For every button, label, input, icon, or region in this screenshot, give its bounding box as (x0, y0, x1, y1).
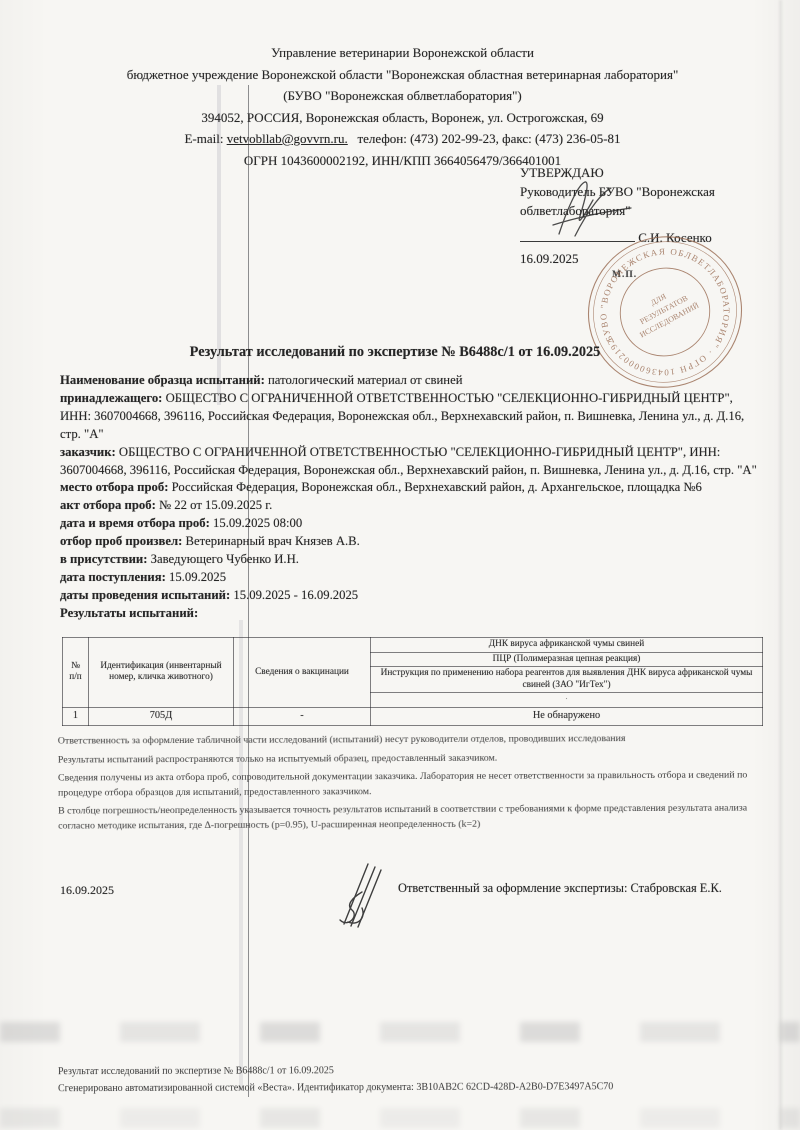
detail-line: принадлежащего: ОБЩЕСТВО С ОГРАНИЧЕННОЙ … (60, 390, 766, 444)
detail-value: 15.09.2025 - 16.09.2025 (230, 588, 358, 602)
footnote: Ответственность за оформление табличной … (58, 731, 766, 749)
detail-value: Заведующего Чубенко И.Н. (147, 552, 298, 566)
test-name-cell: ДНК вируса африканской чумы свиней (371, 638, 763, 653)
org-contacts: E-mail: vetvobllab@govvrn.ru. телефон: (… (40, 128, 765, 150)
test-doc-cell: Инструкция по применению набора реагенто… (371, 667, 763, 693)
cell-vaccination: - (234, 707, 371, 725)
col-header-identification: Идентификация (инвентарный номер, кличка… (89, 638, 234, 708)
round-stamp: БУВО "ВОРОНЕЖСКАЯ ОБЛВЕТЛАБОРАТОРИЯ" · О… (568, 228, 758, 393)
detail-line: в присутствии: Заведующего Чубенко И.Н. (60, 551, 766, 569)
document-footer: Результат исследований по экспертизе № В… (58, 1062, 758, 1097)
detail-label: принадлежащего: (60, 391, 162, 405)
results-heading: Результаты испытаний: (60, 605, 766, 623)
detail-label: заказчик: (60, 445, 116, 459)
footnote: Результаты испытаний распространяются то… (58, 750, 766, 768)
scanned-document-page: Управление ветеринарии Воронежской облас… (0, 0, 800, 1130)
detail-value: ОБЩЕСТВО С ОГРАНИЧЕННОЙ ОТВЕТСТВЕННОСТЬЮ… (60, 445, 757, 477)
cell-identification: 705Д (89, 707, 234, 725)
detail-line: место отбора проб: Российская Федерация,… (60, 479, 766, 497)
spacer-cell: · (371, 693, 763, 708)
detail-value: Ветеринарный врач Князев А.В. (182, 534, 360, 548)
detail-value: 15.09.2025 08:00 (210, 516, 302, 530)
detail-line: дата поступления: 15.09.2025 (60, 569, 766, 587)
detail-value: № 22 от 15.09.2025 г. (156, 498, 272, 512)
col-header-number: № п/п (63, 638, 89, 708)
email-label: E-mail: (184, 131, 223, 146)
org-short-name: (БУВО "Воронежская облветлаборатория") (40, 85, 765, 107)
detail-line: акт отбора проб: № 22 от 15.09.2025 г. (60, 497, 766, 515)
footnote: В столбце погрешность/неопределенность у… (58, 802, 766, 834)
test-method-cell: ПЦР (Полимеразная цепная реакция) (371, 652, 763, 667)
phone-fax: телефон: (473) 202-99-23, факс: (473) 23… (357, 131, 620, 146)
detail-line: отбор проб произвел: Ветеринарный врач К… (60, 533, 766, 551)
detail-line: Наименование образца испытаний: патологи… (60, 372, 766, 390)
detail-value: ОБЩЕСТВО С ОГРАНИЧЕННОЙ ОТВЕТСТВЕННОСТЬЮ… (60, 391, 744, 441)
detail-label: акт отбора проб: (60, 498, 156, 512)
scan-smudge (0, 1022, 800, 1042)
detail-line: дата и время отбора проб: 15.09.2025 08:… (60, 515, 766, 533)
signoff-date: 16.09.2025 (60, 883, 114, 898)
footnotes: Ответственность за оформление табличной … (58, 731, 766, 838)
detail-label: в присутствии: (60, 552, 147, 566)
responsible-signature-ink (328, 858, 400, 930)
org-authority: Управление ветеринарии Воронежской облас… (40, 42, 765, 64)
table-row: 1 705Д - Не обнаружено (63, 707, 763, 725)
org-header: Управление ветеринарии Воронежской облас… (40, 42, 765, 171)
org-address: 394052, РОССИЯ, Воронежская область, Вор… (40, 107, 765, 129)
detail-line: заказчик: ОБЩЕСТВО С ОГРАНИЧЕННОЙ ОТВЕТС… (60, 444, 766, 480)
detail-label: дата поступления: (60, 570, 166, 584)
col-header-vaccination: Сведения о вакцинации (234, 638, 371, 708)
detail-label: дата и время отбора проб: (60, 516, 210, 530)
responsible-line: Ответственный за оформление экспертизы: … (398, 881, 768, 896)
sample-details: Наименование образца испытаний: патологи… (60, 372, 766, 623)
detail-label: даты проведения испытаний: (60, 588, 230, 602)
cell-result: Не обнаружено (371, 707, 763, 725)
detail-line: даты проведения испытаний: 15.09.2025 - … (60, 587, 766, 605)
scan-smudge (0, 1108, 800, 1128)
results-table: № п/п Идентификация (инвентарный номер, … (62, 637, 763, 726)
detail-value: Российская Федерация, Воронежская обл., … (168, 480, 701, 494)
email-address: vetvobllab@govvrn.ru. (227, 131, 348, 146)
detail-label: место отбора проб: (60, 480, 168, 494)
footer-generated-by: Сгенерировано автоматизированной системо… (58, 1078, 758, 1097)
table-header-row: № п/п Идентификация (инвентарный номер, … (63, 638, 763, 653)
org-name: бюджетное учреждение Воронежской области… (40, 64, 765, 86)
detail-label: отбор проб произвел: (60, 534, 182, 548)
cell-number: 1 (63, 707, 89, 725)
detail-value: 15.09.2025 (166, 570, 226, 584)
detail-value: патологический материал от свиней (265, 373, 463, 387)
footnote: Сведения получены из акта отбора проб, с… (58, 769, 766, 801)
detail-label: Наименование образца испытаний: (60, 373, 265, 387)
document-title: Результат исследований по экспертизе № В… (0, 344, 790, 361)
